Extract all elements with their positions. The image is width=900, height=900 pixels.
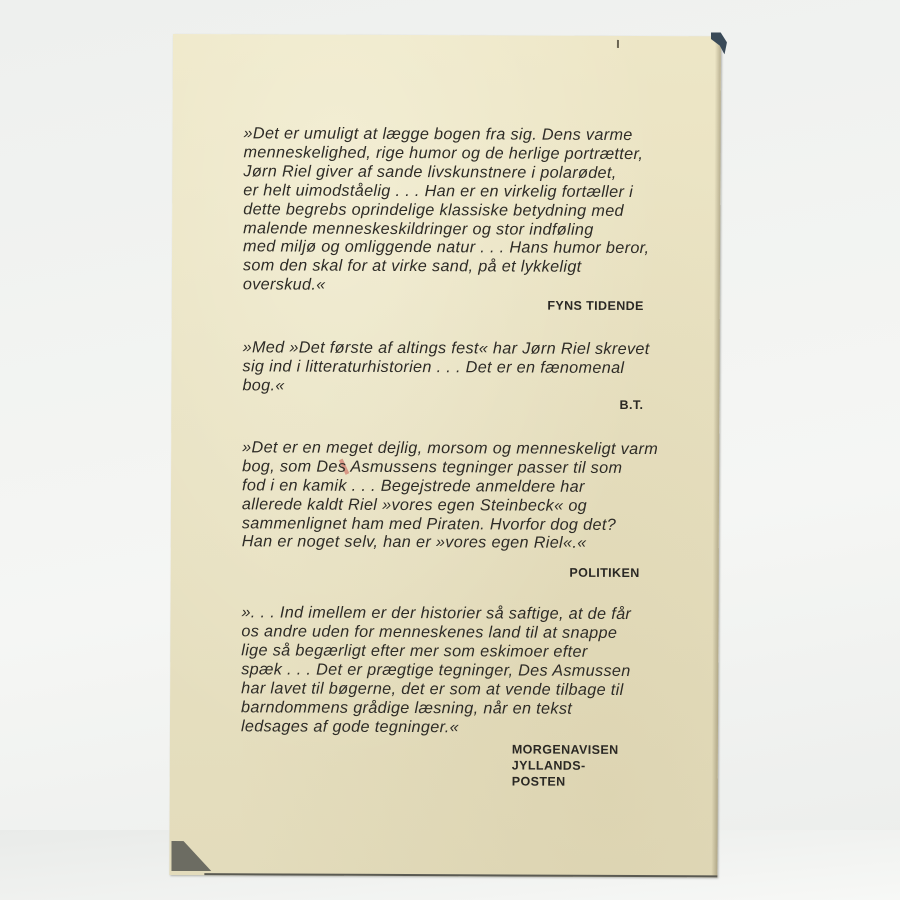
review-source: FYNS TIDENDE [243,296,703,314]
review-fyns-tidende: »Det er umuligt at lægge bogen fra sig. … [243,124,704,314]
review-politiken: »Det er en meget dejlig, morsom og menne… [242,438,703,581]
review-source: POLITIKEN [242,564,702,582]
book-back-cover: »Det er umuligt at lægge bogen fra sig. … [169,34,721,877]
review-quote: »Det er umuligt at lægge bogen fra sig. … [243,124,704,296]
review-quote: ». . . Ind imellem er der historier så s… [241,604,702,738]
review-jyllands-posten: ». . . Ind imellem er der historier så s… [241,604,702,790]
review-source: MORGENAVISEN JYLLANDS-POSTEN [241,740,701,790]
review-quote: »Det er en meget dejlig, morsom og menne… [242,438,702,553]
review-bt: »Med »Det første af altings fest« har Jø… [242,338,702,413]
review-quotes: »Det er umuligt at lægge bogen fra sig. … [241,124,704,790]
review-source: B.T. [242,395,702,413]
cover-nick-mark [617,40,619,48]
review-quote: »Med »Det første af altings fest« har Jø… [242,338,702,397]
worn-corner-bottom-left [171,841,211,871]
